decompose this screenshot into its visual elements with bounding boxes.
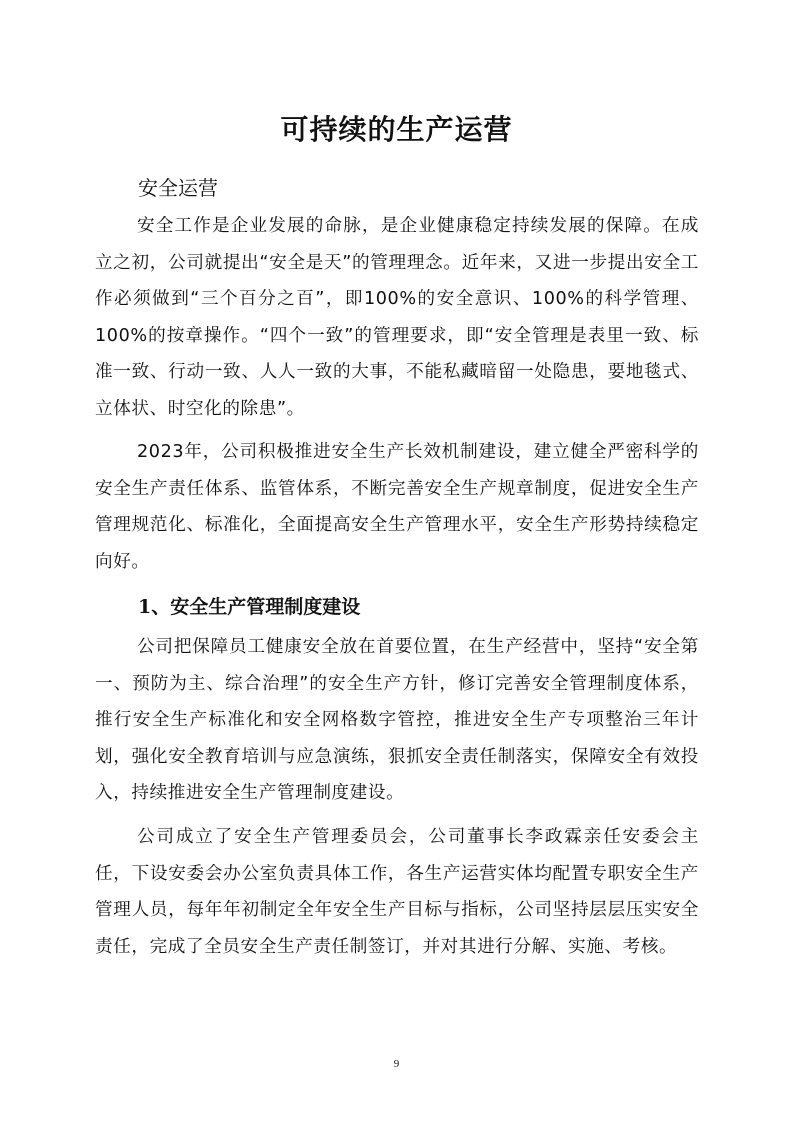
subsection-heading: 1、安全生产管理制度建设 <box>138 592 360 619</box>
page-number: 9 <box>0 1058 793 1070</box>
document-page: 可持续的生产运营 安全运营 安全工作是企业发展的命脉，是企业健康稳定持续发展的保… <box>0 0 793 1122</box>
paragraph: 公司把保障员工健康安全放在首要位置，在生产经营中，坚持“安全第一、预防为主、综合… <box>95 629 699 812</box>
section-heading: 安全运营 <box>138 172 218 201</box>
paragraph: 安全工作是企业发展的命脉，是企业健康稳定持续发展的保障。在成立之初，公司就提出“… <box>95 208 699 427</box>
page-title: 可持续的生产运营 <box>0 108 793 148</box>
paragraph: 公司成立了安全生产管理委员会，公司董事长李政霖亲任安委会主任，下设安委会办公室负… <box>95 819 699 965</box>
paragraph: 2023年，公司积极推进安全生产长效机制建设，建立健全严密科学的安全生产责任体系… <box>95 434 699 580</box>
